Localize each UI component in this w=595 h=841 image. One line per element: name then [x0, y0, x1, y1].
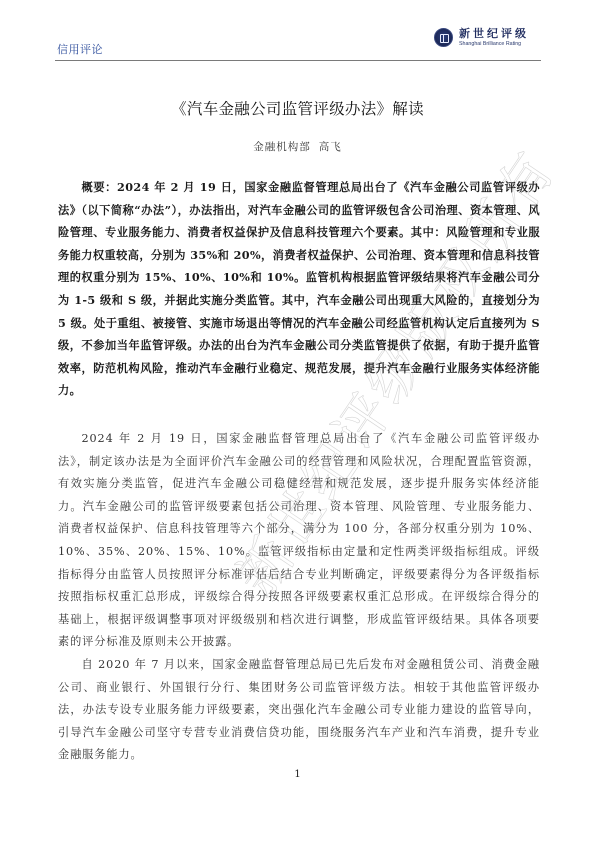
building-emblem-icon [434, 28, 453, 47]
section-label: 信用评论 [57, 41, 103, 57]
brand-name-cn: 新世纪评级 [459, 28, 529, 39]
document-title: 《汽车金融公司监管评级办法》解读 [0, 97, 595, 119]
body-paragraph: 2024 年 2 月 19 日，国家金融监督管理总局出台了《汽车金融公司监管评级… [58, 428, 540, 654]
brand-name-en: Shanghai Brilliance Rating [459, 42, 529, 47]
author-name: 高飞 [319, 141, 342, 153]
author-department: 金融机构部 [253, 141, 311, 153]
page-header: 信用评论 新世纪评级 Shanghai Brilliance Rating [55, 22, 541, 61]
document-author: 金融机构部高飞 [0, 139, 595, 154]
abstract-paragraph: 概要：2024 年 2 月 19 日，国家金融监督管理总局出台了《汽车金融公司监… [58, 176, 540, 402]
brand-logo: 新世纪评级 Shanghai Brilliance Rating [434, 28, 529, 47]
body-text: 2024 年 2 月 19 日，国家金融监督管理总局出台了《汽车金融公司监管评级… [58, 428, 540, 767]
page-number: 1 [0, 769, 595, 780]
body-paragraph: 自 2020 年 7 月以来，国家金融监督管理总局已先后发布对金融租赁公司、消费… [58, 654, 540, 767]
brand-wordmark: 新世纪评级 Shanghai Brilliance Rating [459, 28, 529, 47]
